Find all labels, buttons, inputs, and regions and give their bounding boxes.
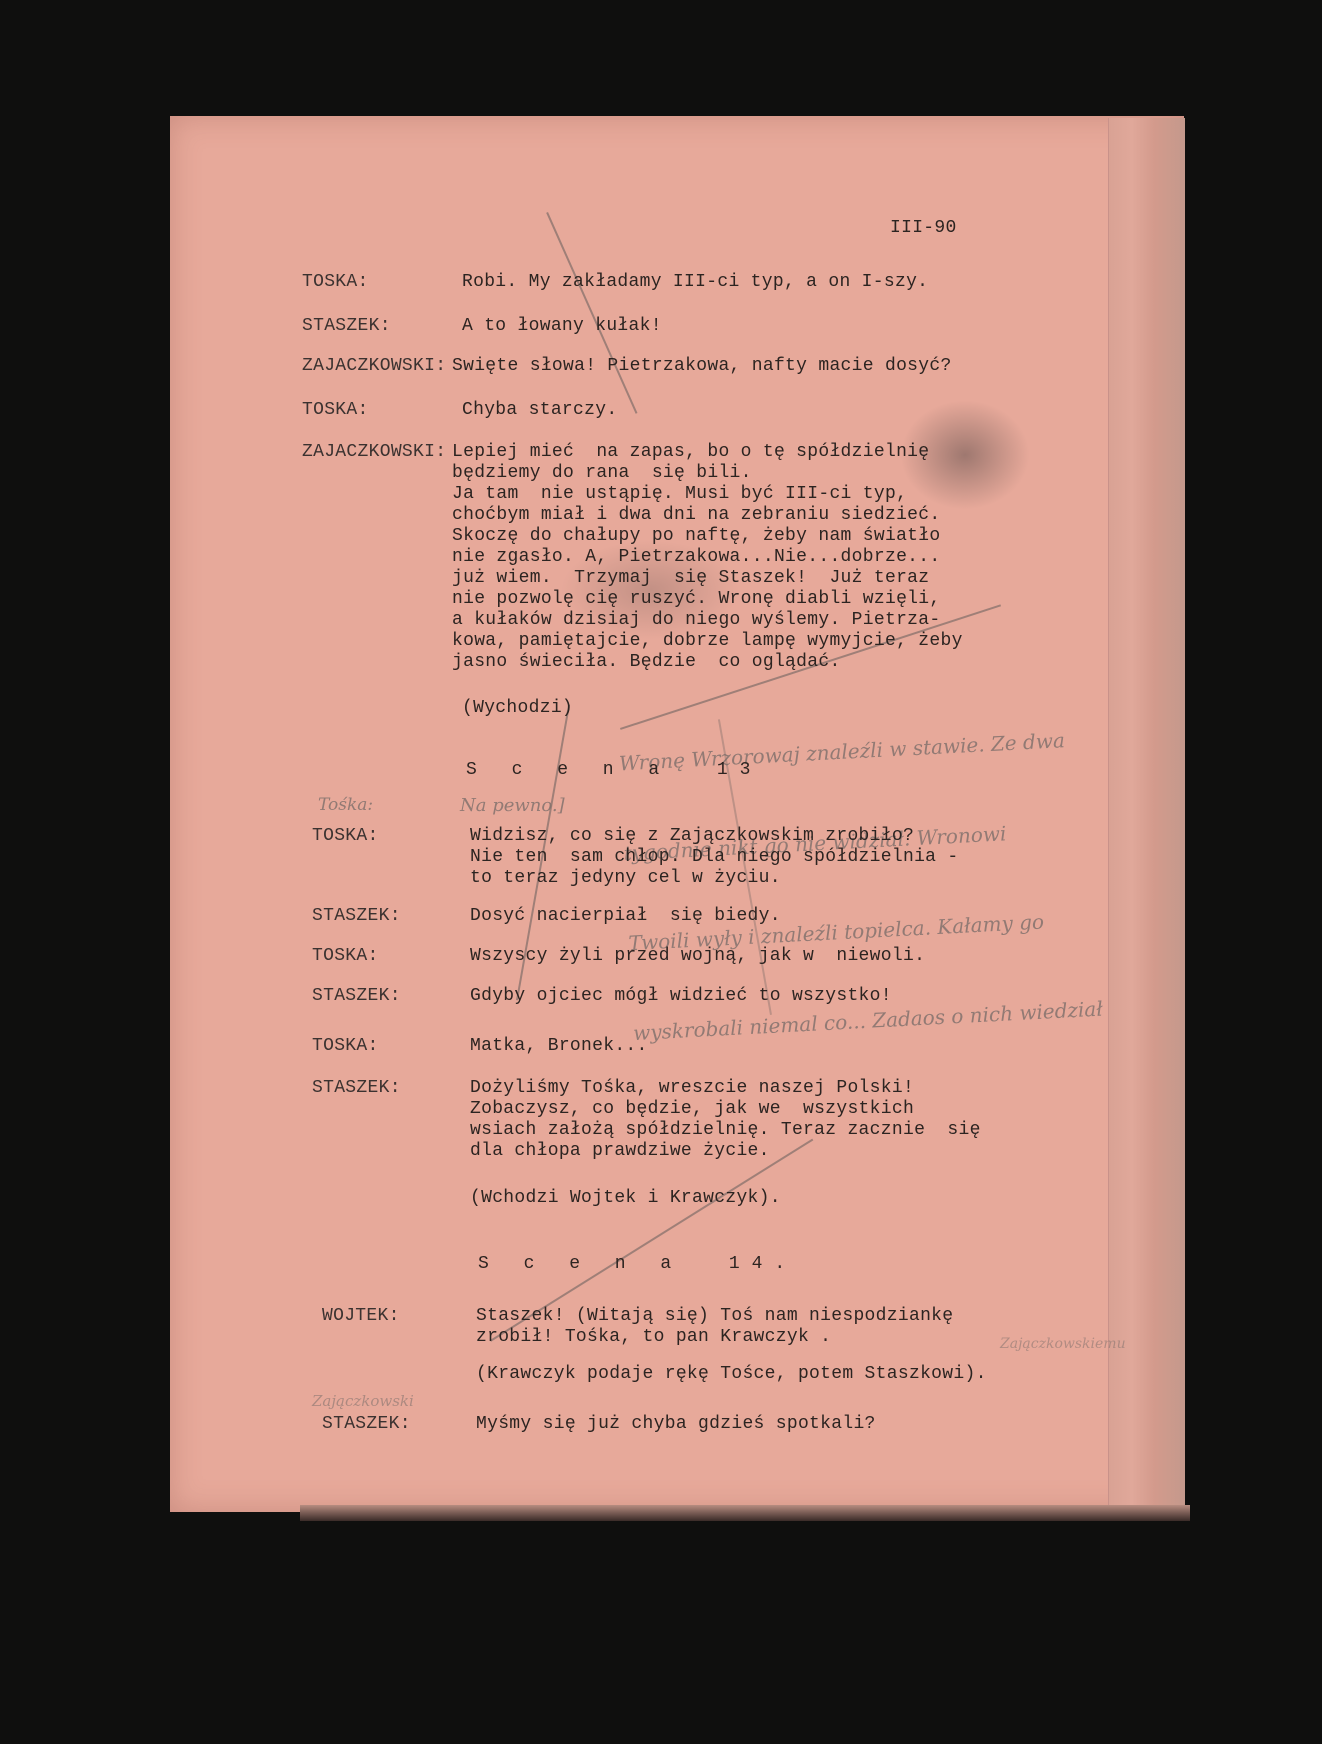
- dialogue-line: już wiem. Trzymaj się Staszek! Już teraz: [452, 568, 929, 589]
- speaker-name: STASZEK:: [302, 316, 391, 337]
- dialogue-line: Wszyscy żyli przed wojną, jak w niewoli.: [470, 946, 925, 967]
- dialogue-line: wsiach założą spółdzielnię. Teraz zaczni…: [470, 1120, 981, 1141]
- speaker-name: TOSKA:: [312, 826, 379, 847]
- speaker-name: ZAJACZKOWSKI:: [302, 442, 446, 463]
- dialogue-line: Myśmy się już chyba gdzieś spotkali?: [476, 1414, 876, 1435]
- dialogue-line: Swięte słowa! Pietrzakowa, nafty macie d…: [452, 356, 952, 377]
- dialogue-line: Dożyliśmy Tośka, wreszcie naszej Polski!: [470, 1078, 914, 1099]
- stage-direction: (Wchodzi Wojtek i Krawczyk).: [470, 1188, 781, 1209]
- speaker-name: TOSKA:: [302, 272, 369, 293]
- dialogue-line: choćbym miał i dwa dni na zebraniu siedz…: [452, 505, 940, 526]
- stage-direction: (Krawczyk podaje rękę Tośce, potem Stasz…: [476, 1364, 987, 1385]
- dialogue-line: Chyba starczy.: [462, 400, 617, 421]
- handwritten-toska-correction: Tośka:: [318, 795, 373, 815]
- speaker-name: STASZEK:: [312, 986, 401, 1007]
- speaker-name: TOSKA:: [302, 400, 369, 421]
- dialogue-line: kowa, pamiętajcie, dobrze lampę wymyjcie…: [452, 631, 963, 652]
- dialogue-line: a kułaków dzisiaj do niego wyślemy. Piet…: [452, 610, 940, 631]
- dialogue-line: będziemy do rana się bili.: [452, 463, 752, 484]
- dialogue-line: Staszek! (Witają się) Toś nam niespodzia…: [476, 1306, 953, 1327]
- dialogue-line: zrobił! Tośka, to pan Krawczyk .: [476, 1327, 831, 1348]
- speaker-name: TOSKA:: [312, 946, 379, 967]
- dialogue-line: nie pozwolę cię ruszyć. Wronę diabli wzi…: [452, 589, 940, 610]
- dialogue-line: Skoczę do chałupy po naftę, żeby nam świ…: [452, 526, 940, 547]
- dialogue-line: Nie ten sam chłop. Dla niego spółdzielni…: [470, 847, 958, 868]
- speaker-name: TOSKA:: [312, 1036, 379, 1057]
- speaker-name: ZAJACZKOWSKI:: [302, 356, 446, 377]
- dialogue-line: Dosyć nacierpiał się biedy.: [470, 906, 781, 927]
- dialogue-line: Zobaczysz, co będzie, jak we wszystkich: [470, 1099, 914, 1120]
- dialogue-line: nie zgasło. A, Pietrzakowa...Nie...dobrz…: [452, 547, 940, 568]
- dialogue-line: A to łowany kułak!: [462, 316, 662, 337]
- stage-direction: (Wychodzi): [462, 698, 573, 719]
- handwritten-na-pewno: Na pewno.]: [460, 795, 565, 816]
- scene-13-heading: S c e n a 13: [466, 760, 762, 781]
- page-number: III-90: [890, 218, 957, 239]
- speaker-name: STASZEK:: [312, 906, 401, 927]
- speaker-name: STASZEK:: [312, 1078, 401, 1099]
- dialogue-line: Ja tam nie ustąpię. Musi być III-ci typ,: [452, 484, 907, 505]
- dialogue-line: Robi. My zakładamy III-ci typ, a on I-sz…: [462, 272, 928, 293]
- handwritten-zajaczkowskiemu: Zajączkowskiemu: [1000, 1336, 1126, 1352]
- dialogue-line: Widzisz, co się z Zajączkowskim zrobiło?: [470, 826, 914, 847]
- speaker-name: STASZEK:: [322, 1414, 411, 1435]
- page-bottom-shadow: [300, 1505, 1190, 1521]
- page-stack-edge: [1108, 118, 1185, 1510]
- dialogue-line: Matka, Bronek...: [470, 1036, 648, 1057]
- speaker-name: WOJTEK:: [322, 1306, 400, 1327]
- dialogue-line: Gdyby ojciec mógł widzieć to wszystko!: [470, 986, 892, 1007]
- dialogue-line: jasno świeciła. Będzie co oglądać.: [452, 652, 841, 673]
- dialogue-line: Lepiej mieć na zapas, bo o tę spółdzieln…: [452, 442, 929, 463]
- dialogue-line: to teraz jedyny cel w życiu.: [470, 868, 781, 889]
- scene-14-heading: S c e n a 14.: [478, 1254, 797, 1275]
- dialogue-line: dla chłopa prawdziwe życie.: [470, 1141, 770, 1162]
- handwritten-zajaczkowski: Zajączkowski: [312, 1392, 414, 1410]
